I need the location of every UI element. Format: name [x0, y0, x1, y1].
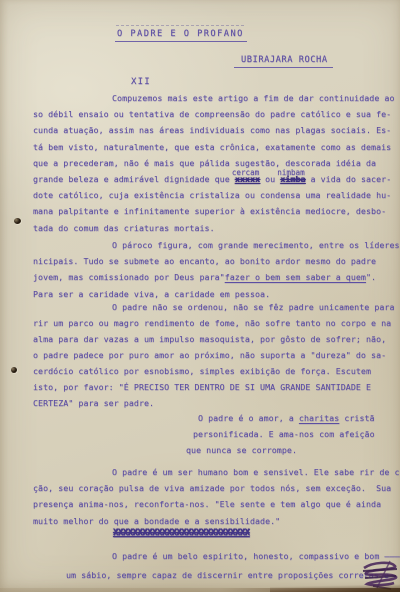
author-name: UBIRAJARA ROCHA [234, 55, 333, 68]
text-segment: O padre é o amor, a [198, 413, 299, 423]
typed-correction: cercam [232, 165, 259, 181]
text-line: alma para dar vazas a um impulso masoqui… [33, 331, 397, 347]
chapter-number: XII [131, 77, 151, 87]
quote-line: O padre é o amor, a charitas cristã [186, 411, 375, 427]
quote-line: que nunca se corrompe. [186, 443, 375, 459]
page-title: O PADRE E O PROFANO [115, 29, 247, 42]
text-line: presença anima-nos, reconforta-nos. "Ele… [33, 496, 397, 512]
paper-hole-top [14, 218, 21, 224]
paragraph-3: O padre não se ordenou, não se fêz padre… [33, 299, 397, 411]
text-line: O padre é um ser humano bom e sensivel. … [33, 464, 397, 480]
text-line: O pároco figura, com grande merecimento,… [33, 237, 397, 253]
text-line: rir um parco ou magro rendimento de fome… [33, 315, 397, 331]
struck-word: cercamxxxxx [235, 174, 260, 184]
text-segment: jovem, mas comissionado por Deus para" [33, 272, 225, 282]
block-quote: O padre é o amor, a charitas cristã pers… [186, 411, 375, 458]
underlined-phrase: charitas [299, 413, 339, 423]
quote-line: personificada. E ama-nos com afeição [186, 427, 375, 443]
text-line: Compuzemos mais este artigo a fim de dar… [33, 90, 397, 106]
text-segment: cristã [339, 413, 374, 423]
paragraph-2: O pároco figura, com grande merecimento,… [33, 237, 397, 302]
text-line: cunda atuação, assim nas áreas individua… [33, 122, 397, 138]
text-line: tada do comum das criaturas mortais. [33, 220, 397, 236]
text-line: tá bem visto, naturalmente, que esta crô… [33, 139, 397, 155]
quoted-text-line: jovem, mas comissionado por Deus para"fa… [33, 269, 397, 285]
text-line: isto, por favor: "É PRECISO TER DENTRO D… [33, 379, 397, 395]
corrected-text-line: grande beleza e admirável dignidade que … [33, 171, 397, 187]
paragraph-1: Compuzemos mais este artigo a fim de dar… [33, 90, 397, 236]
text-line: CERTEZA" para ser padre. [33, 395, 397, 411]
paper-hole-bottom [11, 367, 17, 373]
text-segment: ". [366, 272, 376, 282]
text-line: dote católico, cuja existência cristaliz… [33, 187, 397, 203]
redacted-line: XXXXXXXXXXXXXXXXXXXXXXXXXXXX [113, 528, 249, 538]
typed-correction: nimbam [277, 165, 304, 181]
text-line: o padre padece por puro amor ao próximo,… [33, 347, 397, 363]
document-page: O PADRE E O PROFANO UBIRAJARA ROCHA XII … [0, 0, 400, 592]
text-line: nicipais. Tudo se submete ao encanto, ao… [33, 253, 397, 269]
faded-rule [116, 25, 244, 26]
paragraph-4: O padre é um ser humano bom e sensivel. … [33, 464, 397, 529]
text-line: O padre não se ordenou, não se fêz padre… [33, 299, 397, 315]
text-segment: grande beleza e admirável dignidade que [33, 174, 235, 184]
text-line: um sábio, sempre capaz de discernir entr… [33, 567, 397, 583]
text-line: cerdócio católico por esnobismo, simples… [33, 363, 397, 379]
text-line: O padre é um belo espirito, honesto, com… [33, 548, 400, 564]
text-line: muito melhor do que a bondade e a sensib… [33, 513, 397, 529]
page-edge-shadow [0, 588, 400, 592]
struck-word: nimbamximba [280, 174, 305, 184]
text-line: mana palpitante e infinitamente superior… [33, 203, 397, 219]
text-segment: a vida do sacer- [305, 174, 391, 184]
text-line: que a precederam, não é mais que pálida … [33, 155, 397, 171]
text-line: so débil ensaio ou tentativa de compreen… [33, 106, 397, 122]
text-line: ção, seu coração pulsa de viva amizade p… [33, 480, 397, 496]
underlined-phrase: fazer o bem sem saber a quem [225, 272, 366, 282]
